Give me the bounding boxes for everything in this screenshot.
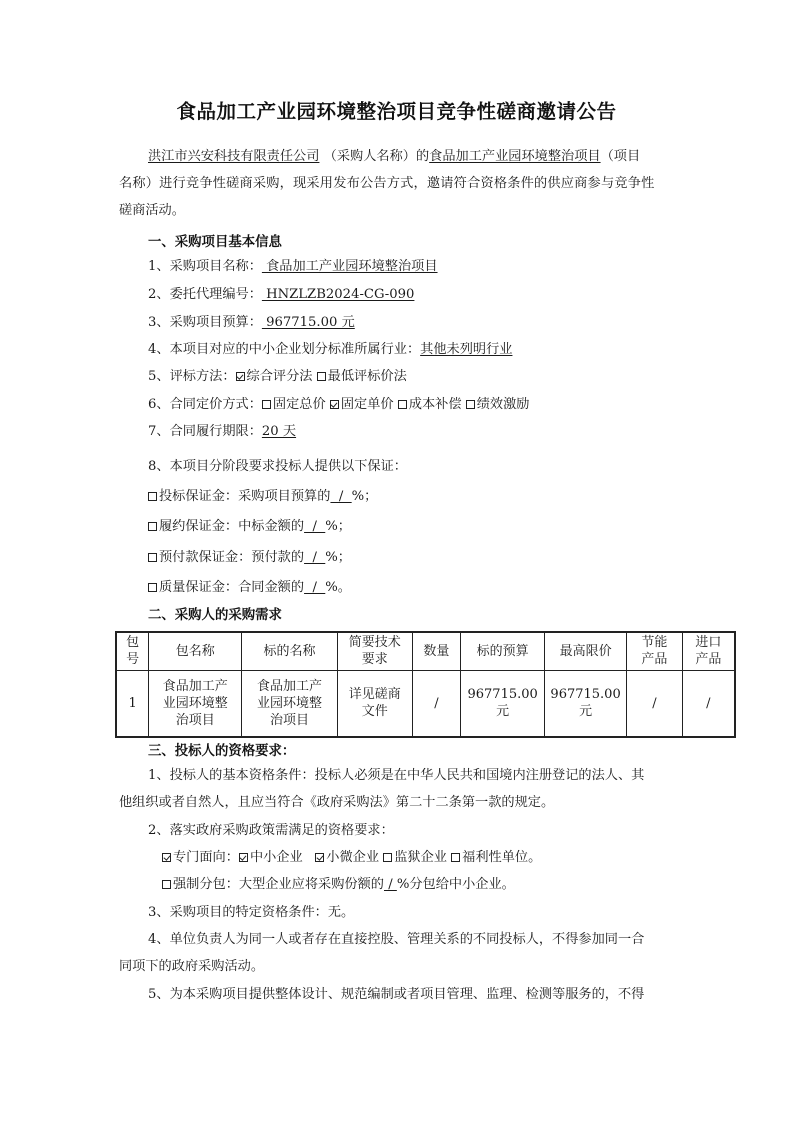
item-contract-period: 7、合同履行期限：20 天 — [148, 423, 296, 441]
item-evaluation-method: 5、评标方法：综合评分法 最低评标价法 — [148, 368, 407, 386]
checkbox-quality-guarantee[interactable] — [148, 583, 157, 592]
intro-line-2: 名称）进行竞争性磋商采购，现采用发布公告方式，邀请符合资格条件的供应商参与竞争性 — [119, 175, 655, 193]
project-name: 食品加工产业园环境整治项目 — [429, 149, 600, 164]
qualification-4-line-2: 同项下的政府采购活动。 — [119, 958, 264, 976]
page-title: 食品加工产业园环境整治项目竞争性磋商邀请公告 — [0, 96, 793, 124]
project-name-value: 食品加工产业园环境整治项目 — [262, 259, 438, 274]
qualification-3: 3、采购项目的特定资格条件：无。 — [148, 904, 354, 922]
checkbox-performance-guarantee[interactable] — [148, 522, 157, 531]
industry-value: 其他未列明行业 — [420, 342, 512, 357]
checkbox-fixed-total[interactable] — [262, 400, 271, 409]
qualification-1-line-2: 他组织或者自然人，且应当符合《政府采购法》第二十二条第一款的规定。 — [119, 794, 554, 812]
qualification-1-line-1: 1、投标人的基本资格条件：投标人必须是在中华人民共和国境内注册登记的法人、其 — [148, 767, 644, 785]
agency-code-value: HNZLZB2024-CG-090 — [262, 287, 415, 302]
guarantee-advance-payment: 预付款保证金：预付款的 / %； — [148, 549, 351, 567]
guarantee-quality: 质量保证金：合同金额的 / %。 — [148, 579, 351, 597]
requirements-table: 包号 包名称 标的名称 简要技术要求 数量 标的预算 最高限价 节能产品 进口产… — [115, 631, 736, 738]
section-3-heading: 三、投标人的资格要求： — [148, 740, 295, 759]
section-2-heading: 二、采购人的采购需求 — [148, 604, 282, 623]
header-budget: 标的预算 — [461, 632, 545, 670]
header-package-no: 包号 — [116, 632, 149, 670]
qualification-5-line-1: 5、为本采购项目提供整体设计、规范编制或者项目管理、监理、检测等服务的，不得 — [148, 986, 644, 1004]
item-agency-code: 2、委托代理编号： HNZLZB2024-CG-090 — [148, 286, 414, 304]
intro-line-3: 磋商活动。 — [119, 202, 185, 220]
header-energy-saving: 节能产品 — [627, 632, 683, 670]
purchaser-name: 洪江市兴安科技有限责任公司 — [148, 149, 319, 164]
header-item-name: 标的名称 — [242, 632, 338, 670]
intro-line-1: 洪江市兴安科技有限责任公司 （采购人名称）的食品加工产业园环境整治项目（项目 — [148, 148, 640, 166]
checkbox-advance-guarantee[interactable] — [148, 553, 157, 562]
header-max-price: 最高限价 — [545, 632, 627, 670]
item-pricing-method: 6、合同定价方式：固定总价 固定单价 成本补偿 绩效激励 — [148, 396, 530, 414]
item-guarantee-heading: 8、本项目分阶段要求投标人提供以下保证： — [148, 458, 407, 476]
qualification-2: 2、落实政府采购政策需满足的资格要求： — [148, 822, 394, 840]
item-industry: 4、本项目对应的中小企业划分标准所属行业：其他未列明行业 — [148, 341, 512, 359]
checkbox-prison-enterprise[interactable] — [383, 853, 392, 862]
guarantee-bid: 投标保证金：采购项目预算的 / %； — [148, 488, 377, 506]
item-project-name: 1、采购项目名称： 食品加工产业园环境整治项目 — [148, 258, 438, 276]
guarantee-performance: 履约保证金：中标金额的 / %； — [148, 518, 351, 536]
header-quantity: 数量 — [412, 632, 461, 670]
table-row: 1 食品加工产业园环境整治项目 食品加工产业园环境整治项目 详见磋商文件 / 9… — [116, 670, 735, 737]
item-budget: 3、采购项目预算： 967715.00 元 — [148, 314, 355, 332]
checkbox-mandatory-subcontract[interactable] — [162, 880, 171, 889]
checkbox-lowest-price[interactable] — [317, 372, 326, 381]
header-package-name: 包名称 — [149, 632, 242, 670]
header-imported: 进口产品 — [682, 632, 735, 670]
special-targeting: 专门面向：中小企业 小微企业 监狱企业 福利性单位。 — [162, 849, 541, 867]
checkbox-special-targeting[interactable] — [162, 853, 171, 862]
checkbox-welfare-unit[interactable] — [451, 853, 460, 862]
header-tech-req: 简要技术要求 — [337, 632, 412, 670]
mandatory-subcontract: 强制分包：大型企业应将采购份额的 / %分包给中小企业。 — [162, 876, 515, 894]
checkbox-micro-enterprise[interactable] — [315, 853, 324, 862]
table-header-row: 包号 包名称 标的名称 简要技术要求 数量 标的预算 最高限价 节能产品 进口产… — [116, 632, 735, 670]
checkbox-performance-incentive[interactable] — [466, 400, 475, 409]
checkbox-comprehensive-scoring[interactable] — [236, 372, 245, 381]
budget-value: 967715.00 元 — [262, 315, 355, 330]
section-1-heading: 一、采购项目基本信息 — [148, 231, 282, 250]
checkbox-bid-guarantee[interactable] — [148, 492, 157, 501]
checkbox-cost-compensation[interactable] — [398, 400, 407, 409]
qualification-4-line-1: 4、单位负责人为同一人或者存在直接控股、管理关系的不同投标人，不得参加同一合 — [148, 931, 644, 949]
checkbox-sme[interactable] — [239, 853, 248, 862]
checkbox-fixed-unit[interactable] — [330, 400, 339, 409]
contract-period-value: 20 天 — [262, 424, 296, 439]
